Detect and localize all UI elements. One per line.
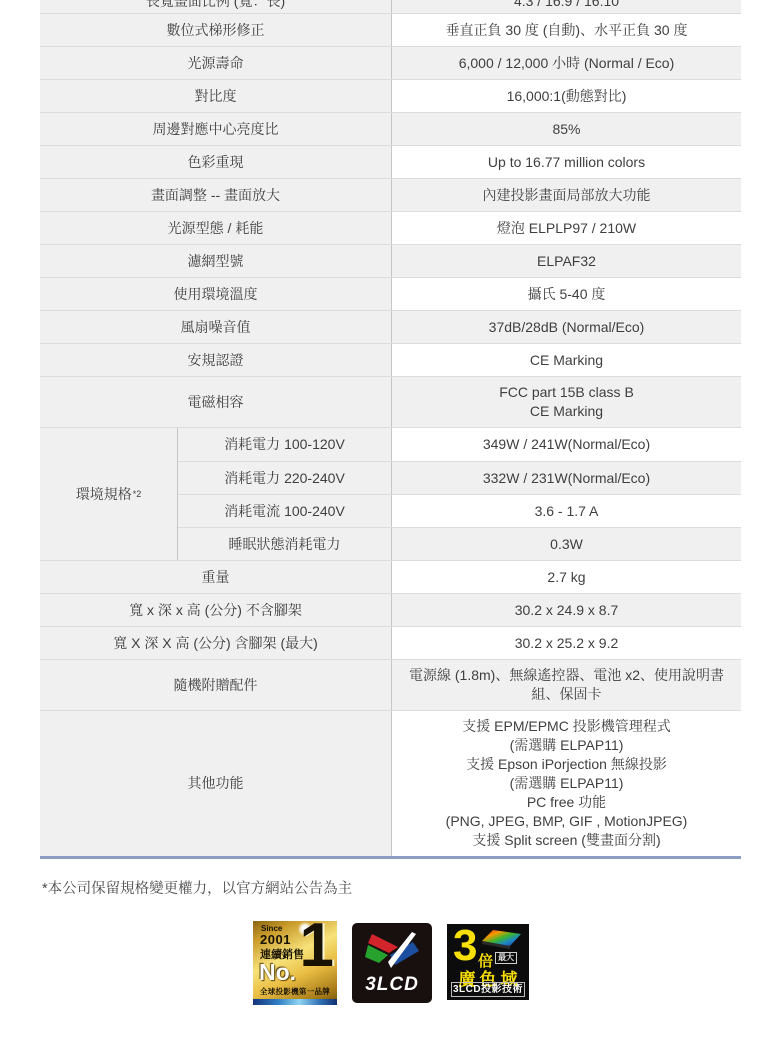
spec-value: 0.3W — [392, 528, 741, 560]
spec-row: 消耗電流 100-240V3.6 - 1.7 A — [178, 494, 741, 527]
badge-one-label: 1 — [300, 921, 334, 977]
spec-group-label-text: 環境規格 — [76, 484, 132, 504]
spec-value: 2.7 kg — [392, 561, 741, 593]
spec-value-line: 支援 EPM/EPMC 投影機管理程式 — [462, 717, 670, 736]
spec-row: 濾網型號ELPAF32 — [40, 244, 741, 277]
spec-value-line: CE Marking — [530, 402, 603, 421]
spec-label: 寬 x 深 x 高 (公分) 不含腳架 — [40, 594, 392, 626]
award-logos: Since 2001 連續銷售 No. 1 全球投影機第一品牌 3LCD 3 — [0, 921, 782, 1005]
wide-color-gamut-badge: 3 倍 最大 廣色域 3LCD投影技術 — [447, 924, 529, 1000]
spec-value-line: (需選購 ELPAP11) — [510, 736, 624, 755]
spec-row: 隨機附贈配件電源線 (1.8m)、無線遙控器、電池 x2、使用說明書組、保固卡 — [40, 659, 741, 710]
spec-row: 睡眠狀態消耗電力0.3W — [178, 527, 741, 560]
spec-row: 寬 X 深 X 高 (公分) 含腳架 (最大)30.2 x 25.2 x 9.2 — [40, 626, 741, 659]
spec-label: 畫面調整 -- 畫面放大 — [40, 179, 392, 211]
spec-value: 332W / 231W(Normal/Eco) — [392, 462, 741, 494]
spec-value: 4:3 / 16:9 / 16:10 — [392, 0, 741, 13]
spec-label: 長寬畫面比例 (寬：長) — [40, 0, 392, 13]
spec-label: 安規認證 — [40, 344, 392, 376]
spec-table: 長寬畫面比例 (寬：長) 4:3 / 16:9 / 16:10 數位式梯形修正垂… — [40, 0, 741, 859]
spec-group-sup: *2 — [133, 489, 142, 499]
spec-label: 寬 X 深 X 高 (公分) 含腳架 (最大) — [40, 627, 392, 659]
no1-sales-badge: Since 2001 連續銷售 No. 1 全球投影機第一品牌 — [253, 921, 337, 1005]
spec-row-cropped: 長寬畫面比例 (寬：長) 4:3 / 16:9 / 16:10 — [40, 0, 741, 13]
spec-row: 數位式梯形修正垂直正負 30 度 (自動)、水平正負 30 度 — [40, 13, 741, 46]
spec-group: 環境規格*2消耗電力 100-120V349W / 241W(Normal/Ec… — [40, 427, 741, 560]
spec-value: 支援 EPM/EPMC 投影機管理程式(需選購 ELPAP11)支援 Epson… — [392, 711, 741, 856]
spec-row: 消耗電力 100-120V349W / 241W(Normal/Eco) — [178, 428, 741, 461]
gamut-tech-label: 3LCD投影技術 — [451, 982, 525, 997]
spec-row: 色彩重現Up to 16.77 million colors — [40, 145, 741, 178]
spec-label: 數位式梯形修正 — [40, 14, 392, 46]
spec-value: 垂直正負 30 度 (自動)、水平正負 30 度 — [392, 14, 741, 46]
spec-label: 色彩重現 — [40, 146, 392, 178]
spec-label: 濾網型號 — [40, 245, 392, 277]
spec-value-line: 支援 Split screen (雙畫面分割) — [472, 831, 660, 850]
footnote: *本公司保留規格變更權力，以官方網站公告為主 — [42, 877, 352, 898]
spec-value-line: (需選購 ELPAP11) — [510, 774, 624, 793]
spec-value: 燈泡 ELPLP97 / 210W — [392, 212, 741, 244]
spec-label: 風扇噪音值 — [40, 311, 392, 343]
spec-row: 周邊對應中心亮度比85% — [40, 112, 741, 145]
three-lcd-badge: 3LCD — [352, 923, 432, 1003]
spec-table-body: 數位式梯形修正垂直正負 30 度 (自動)、水平正負 30 度光源壽命6,000… — [40, 13, 741, 856]
spec-label: 消耗電力 100-120V — [178, 428, 392, 461]
lcd-x-icon — [364, 932, 420, 974]
spec-value: 37dB/28dB (Normal/Eco) — [392, 311, 741, 343]
spec-row: 對比度16,000:1(動態對比) — [40, 79, 741, 112]
spec-row: 使用環境溫度攝氏 5-40 度 — [40, 277, 741, 310]
spec-label: 使用環境溫度 — [40, 278, 392, 310]
spec-row: 消耗電力 220-240V332W / 231W(Normal/Eco) — [178, 461, 741, 494]
spec-label: 光源壽命 — [40, 47, 392, 79]
spec-value: ELPAF32 — [392, 245, 741, 277]
spec-value: 3.6 - 1.7 A — [392, 495, 741, 527]
spec-label: 消耗電流 100-240V — [178, 495, 392, 527]
spec-row: 光源壽命6,000 / 12,000 小時 (Normal / Eco) — [40, 46, 741, 79]
spec-value: 6,000 / 12,000 小時 (Normal / Eco) — [392, 47, 741, 79]
spec-row: 風扇噪音值37dB/28dB (Normal/Eco) — [40, 310, 741, 343]
spec-value-text: 4:3 / 16:9 / 16:10 — [514, 0, 619, 11]
spec-value: 30.2 x 25.2 x 9.2 — [392, 627, 741, 659]
spec-label: 睡眠狀態消耗電力 — [178, 528, 392, 560]
spec-row: 畫面調整 -- 畫面放大內建投影畫面局部放大功能 — [40, 178, 741, 211]
three-lcd-label: 3LCD — [352, 974, 432, 996]
spec-row: 其他功能支援 EPM/EPMC 投影機管理程式(需選購 ELPAP11)支援 E… — [40, 710, 741, 856]
spec-label: 對比度 — [40, 80, 392, 112]
spec-row: 寬 x 深 x 高 (公分) 不含腳架30.2 x 24.9 x 8.7 — [40, 593, 741, 626]
spec-value-line: 支援 Epson iPorjection 無線投影 — [466, 755, 667, 774]
spec-value: 內建投影畫面局部放大功能 — [392, 179, 741, 211]
spec-value: 349W / 241W(Normal/Eco) — [392, 428, 741, 461]
spec-label-text: 長寬畫面比例 (寬：長) — [146, 0, 285, 11]
spec-label: 其他功能 — [40, 711, 392, 856]
spec-value: 攝氏 5-40 度 — [392, 278, 741, 310]
spec-value: FCC part 15B class BCE Marking — [392, 377, 741, 427]
spec-value: 16,000:1(動態對比) — [392, 80, 741, 112]
spec-value: 85% — [392, 113, 741, 145]
spec-value-line: PC free 功能 — [527, 793, 606, 812]
badge-blue-strip — [253, 999, 337, 1005]
spec-group-label: 環境規格*2 — [40, 428, 178, 560]
badge-brand-label: 全球投影機第一品牌 — [253, 986, 337, 997]
badge-year-label: 2001 — [260, 932, 291, 947]
spec-value-line: (PNG, JPEG, BMP, GIF , MotionJPEG) — [446, 812, 688, 831]
spec-row: 重量2.7 kg — [40, 560, 741, 593]
spec-label: 隨機附贈配件 — [40, 660, 392, 710]
spec-value-line: FCC part 15B class B — [499, 383, 634, 402]
gamut-3x-label: 3 — [453, 924, 477, 968]
spec-row: 光源型態 / 耗能燈泡 ELPLP97 / 210W — [40, 211, 741, 244]
spec-label: 消耗電力 220-240V — [178, 462, 392, 494]
spec-group-rows: 消耗電力 100-120V349W / 241W(Normal/Eco)消耗電力… — [178, 428, 741, 560]
spec-value: 30.2 x 24.9 x 8.7 — [392, 594, 741, 626]
spec-row: 安規認證CE Marking — [40, 343, 741, 376]
spec-value: Up to 16.77 million colors — [392, 146, 741, 178]
spec-value: CE Marking — [392, 344, 741, 376]
spec-label: 周邊對應中心亮度比 — [40, 113, 392, 145]
spec-label: 光源型態 / 耗能 — [40, 212, 392, 244]
spec-label: 重量 — [40, 561, 392, 593]
badge-no-label: No. — [259, 959, 296, 986]
spec-label: 電磁相容 — [40, 377, 392, 427]
spec-row: 電磁相容FCC part 15B class BCE Marking — [40, 376, 741, 427]
spec-value: 電源線 (1.8m)、無線遙控器、電池 x2、使用說明書組、保固卡 — [392, 660, 741, 710]
gamut-max-label: 最大 — [495, 952, 517, 964]
